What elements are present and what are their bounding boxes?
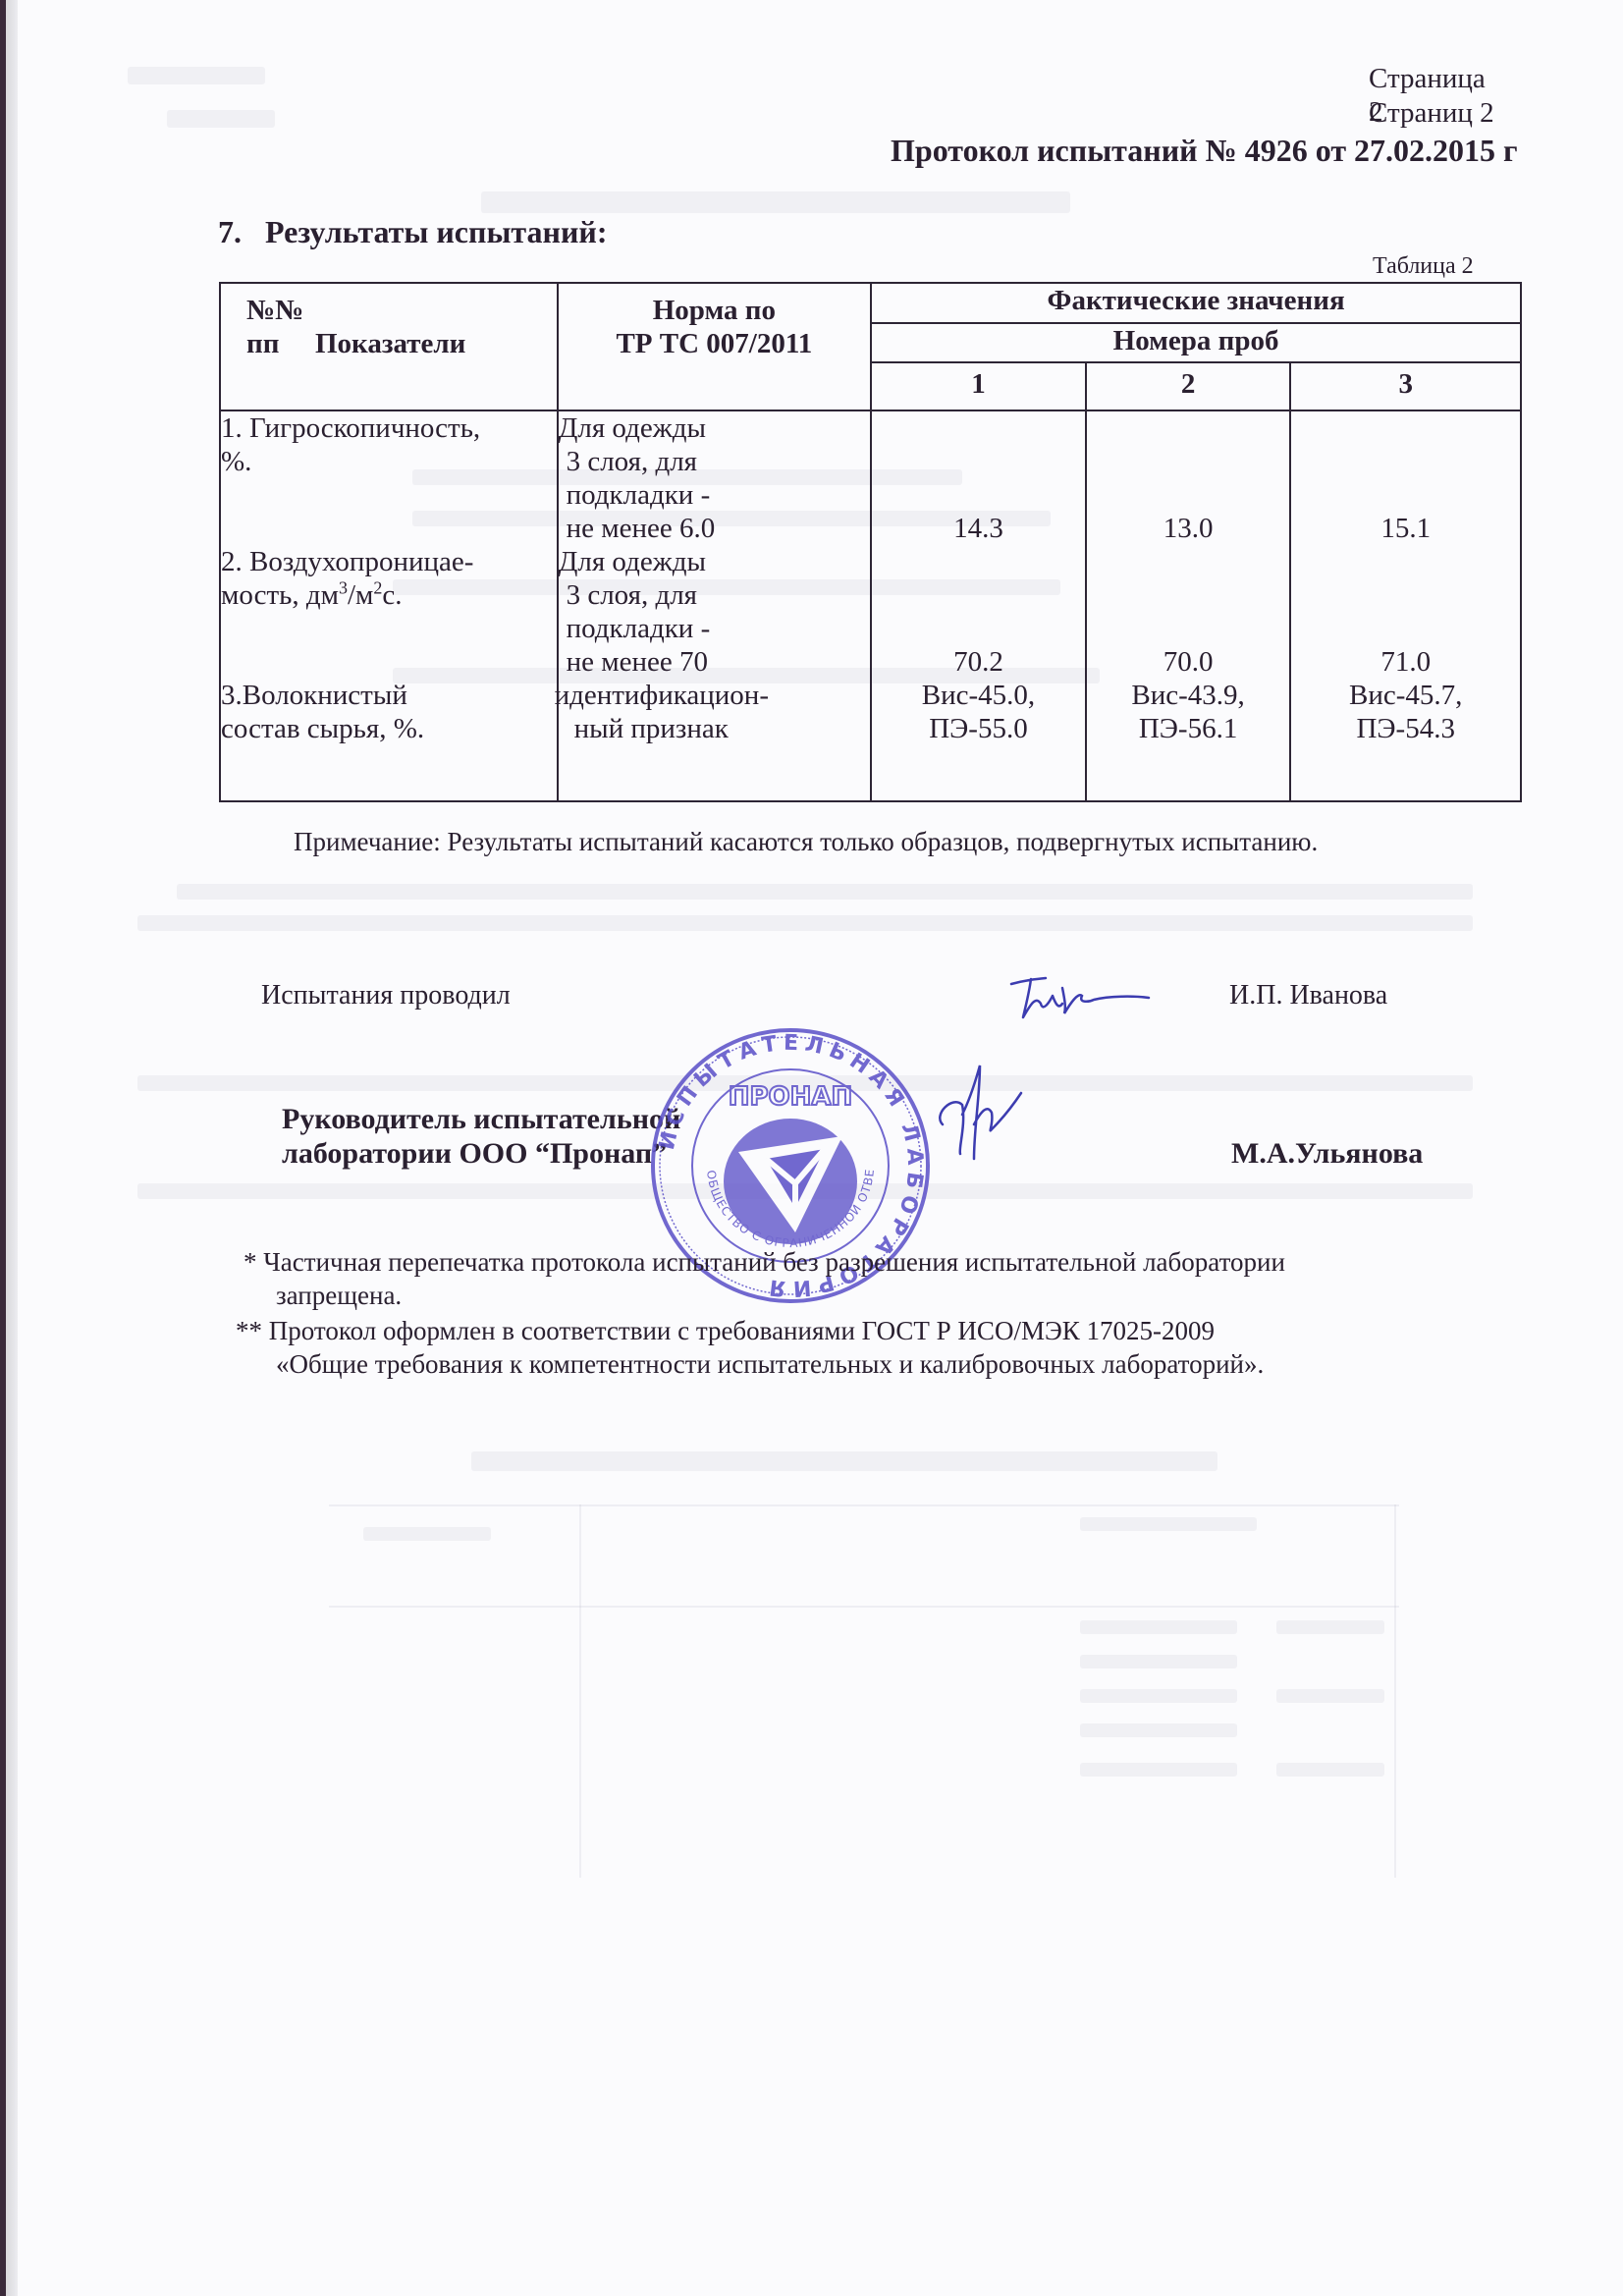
protocol-title: Протокол испытаний № 4926 от 27.02.2015 … — [891, 133, 1518, 169]
sample-2-values: 13.0 70.0 Вис-43.9, ПЭ-56.1 — [1086, 410, 1291, 801]
norm-1-line1: Для одежды — [559, 411, 871, 445]
norm-2-line4: не менее 70 — [567, 645, 871, 679]
footnote-1-line2: запрещена. — [276, 1279, 402, 1312]
indicator-2-line2: мость, дм3/м2с. — [221, 578, 557, 612]
norm-3-line1: идентификацион- — [555, 679, 871, 712]
table-caption: Таблица 2 — [1373, 253, 1474, 280]
head-signature — [923, 1056, 1041, 1174]
header-indicators: №№ ппПоказатели — [220, 283, 558, 410]
section-title: 7.Результаты испытаний: — [218, 214, 608, 250]
value-air-permeability-1: 70.2 — [872, 645, 1085, 679]
indicator-3-line1: 3.Волокнистый — [221, 679, 557, 712]
header-norm-line1: Норма по — [559, 294, 871, 327]
norm-3-line2: ный признак — [574, 712, 871, 745]
head-name: М.А.Ульянова — [1231, 1137, 1423, 1171]
footnote-1-line1: * Частичная перепечатка протокола испыта… — [243, 1245, 1285, 1279]
value-fiber-3-line2: ПЭ-54.3 — [1291, 712, 1520, 745]
tester-signature — [1001, 974, 1159, 1023]
value-fiber-3-line1: Вис-45.7, — [1291, 679, 1520, 712]
results-table: №№ ппПоказатели Норма по ТР ТС 007/2011 … — [219, 282, 1522, 802]
footnote-2-line1: ** Протокол оформлен в соответствии с тр… — [236, 1314, 1215, 1347]
indicators-cell: 1. Гигроскопичность, %. 2. Воздухопрониц… — [220, 410, 558, 801]
header-indicators-label: Показатели — [315, 328, 465, 359]
indicator-2-line1: 2. Воздухопроницае- — [221, 545, 557, 578]
head-label-line2: лаборатории ООО “Пронап” — [282, 1137, 667, 1171]
norm-1-line2: 3 слоя, для — [567, 445, 871, 478]
indicator-1-line2: %. — [221, 445, 557, 478]
section-title-text: Результаты испытаний: — [265, 214, 608, 249]
header-sample-3: 3 — [1290, 362, 1521, 410]
header-norm: Норма по ТР ТС 007/2011 — [558, 283, 872, 410]
header-sample-numbers: Номера проб — [871, 323, 1521, 363]
stamp-brand: ПРОНАП — [729, 1082, 853, 1112]
page-count: Страниц 2 — [1369, 96, 1505, 130]
value-fiber-2-line2: ПЭ-56.1 — [1087, 712, 1290, 745]
header-number-sign: №№ — [246, 294, 557, 327]
norm-2-line2: 3 слоя, для — [567, 578, 871, 612]
value-air-permeability-3: 71.0 — [1291, 645, 1520, 679]
indicator-1-line1: 1. Гигроскопичность, — [221, 411, 557, 445]
header-sample-2: 2 — [1086, 362, 1291, 410]
scan-margin — [6, 0, 18, 2296]
head-label-line1: Руководитель испытательной — [282, 1103, 680, 1136]
header-actual-values: Фактические значения — [871, 283, 1521, 323]
value-fiber-1-line1: Вис-45.0, — [872, 679, 1085, 712]
header-sample-1: 1 — [871, 362, 1086, 410]
sample-1-values: 14.3 70.2 Вис-45.0, ПЭ-55.0 — [871, 410, 1086, 801]
header-norm-line2: ТР ТС 007/2011 — [559, 327, 871, 360]
sample-3-values: 15.1 71.0 Вис-45.7, ПЭ-54.3 — [1290, 410, 1521, 801]
value-hygroscopicity-1: 14.3 — [872, 512, 1085, 545]
value-fiber-2-line1: Вис-43.9, — [1087, 679, 1290, 712]
tester-label: Испытания проводил — [261, 980, 511, 1011]
table-row: 1. Гигроскопичность, %. 2. Воздухопрониц… — [220, 410, 1521, 801]
header-pp: пп — [246, 327, 315, 360]
value-hygroscopicity-3: 15.1 — [1291, 512, 1520, 545]
value-air-permeability-2: 70.0 — [1087, 645, 1290, 679]
footnote-2-line2: «Общие требования к компетентности испыт… — [276, 1347, 1264, 1381]
value-fiber-1-line2: ПЭ-55.0 — [872, 712, 1085, 745]
value-hygroscopicity-2: 13.0 — [1087, 512, 1290, 545]
section-number: 7. — [218, 214, 265, 250]
indicator-3-line2: состав сырья, %. — [221, 712, 557, 745]
norm-1-line4: не менее 6.0 — [567, 512, 871, 545]
norm-2-line1: Для одежды — [559, 545, 871, 578]
norm-cell: Для одежды 3 слоя, для подкладки - не ме… — [558, 410, 872, 801]
norm-2-line3: подкладки - — [567, 612, 871, 645]
table-note: Примечание: Результаты испытаний касаютс… — [294, 827, 1318, 857]
tester-name: И.П. Иванова — [1229, 980, 1387, 1011]
norm-1-line3: подкладки - — [567, 478, 871, 512]
